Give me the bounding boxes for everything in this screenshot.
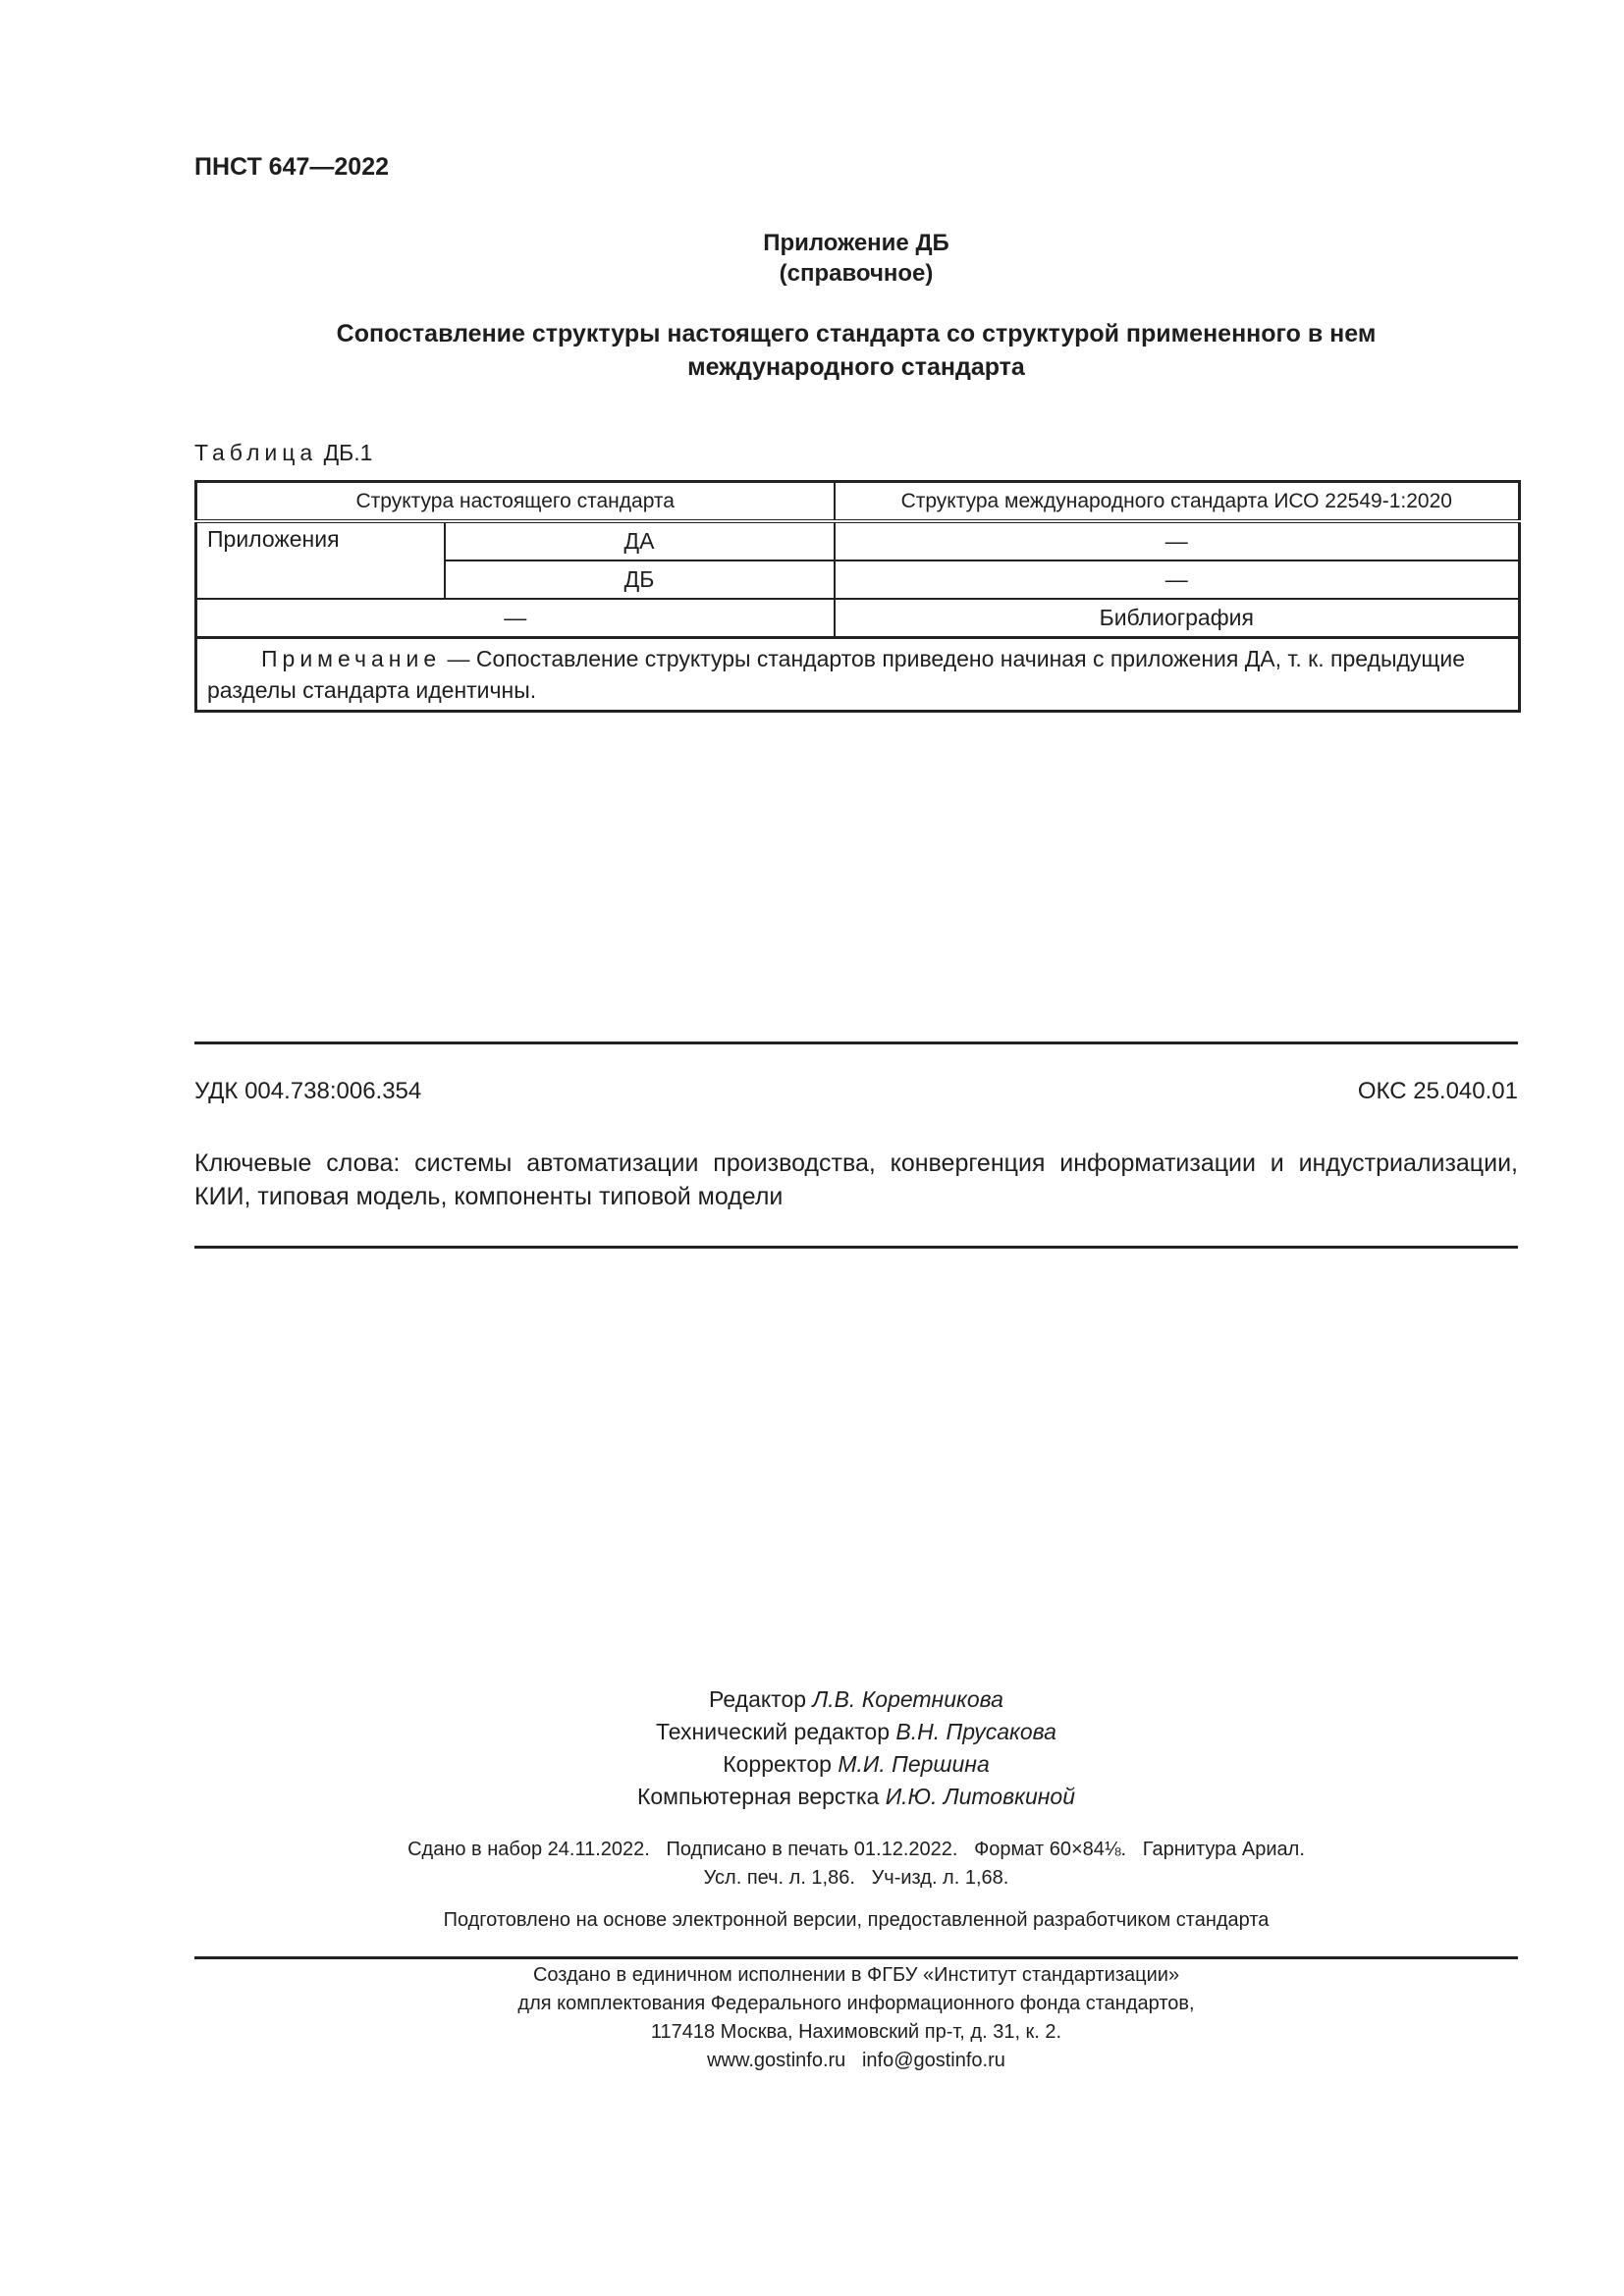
imprint-line-1: Сдано в набор 24.11.2022. Подписано в пе… [194,1836,1518,1864]
credit-name: М.И. Першина [838,1751,989,1777]
annex-heading: Сопоставление структуры настоящего станд… [194,317,1518,384]
imprint: Сдано в набор 24.11.2022. Подписано в пе… [194,1836,1518,1893]
table-caption-word: Таблица [194,440,317,465]
group-label: Приложения [196,521,445,599]
note-label: Примечание [261,646,441,671]
cell-international: — [835,521,1520,561]
table-caption-id: ДБ.1 [324,440,373,465]
cell-international: — [835,561,1520,599]
annex-heading-line-2: международного стандарта [194,350,1518,384]
cell-international: Библиография [835,599,1520,638]
credits: Редактор Л.В. Коретникова Технический ре… [194,1683,1518,1813]
document-code: ПНСТ 647—2022 [194,153,389,182]
cell-current: ДБ [445,561,835,599]
cell-current: — [196,599,835,638]
column-header-international: Структура международного стандарта ИСО 2… [835,482,1520,522]
credit-proofreader: Корректор М.И. Першина [194,1748,1518,1781]
udk-code: УДК 004.738:006.354 [194,1078,421,1105]
credit-editor: Редактор Л.В. Коретникова [194,1683,1518,1716]
table-row: Приложения ДА — [196,521,1520,561]
divider [194,1246,1518,1249]
imprint-line-2: Усл. печ. л. 1,86. Уч-изд. л. 1,68. [194,1864,1518,1893]
annex-title: Приложение ДБ [194,228,1518,258]
oks-code: ОКС 25.040.01 [1358,1078,1518,1105]
table-row: — Библиография [196,599,1520,638]
credit-name: В.Н. Прусакова [895,1719,1056,1744]
table-note: Примечание — Сопоставление структуры ста… [196,638,1520,712]
prepared-note: Подготовлено на основе электронной верси… [194,1909,1518,1932]
credit-role: Редактор [709,1686,806,1712]
created-info: Создано в единичном исполнении в ФГБУ «И… [194,1961,1518,2075]
divider [194,1041,1518,1044]
credit-role: Корректор [723,1751,832,1777]
column-header-current: Структура настоящего стандарта [196,482,835,522]
created-line-1: Создано в единичном исполнении в ФГБУ «И… [194,1961,1518,1990]
annex-subtitle: (справочное) [194,258,1518,289]
table-note-row: Примечание — Сопоставление структуры ста… [196,638,1520,712]
credit-role: Компьютерная верстка [637,1784,879,1809]
comparison-table: Структура настоящего стандарта Структура… [194,480,1521,713]
table-header-row: Структура настоящего стандарта Структура… [196,482,1520,522]
created-line-3: 117418 Москва, Нахимовский пр-т, д. 31, … [194,2018,1518,2047]
table-caption: Таблица ДБ.1 [194,440,372,466]
credit-role: Технический редактор [656,1719,890,1744]
cell-current: ДА [445,521,835,561]
created-line-4: www.gostinfo.ru info@gostinfo.ru [194,2047,1518,2075]
credit-name: Л.В. Коретникова [812,1686,1003,1712]
annex-heading-line-1: Сопоставление структуры настоящего станд… [194,317,1518,350]
credit-tech-editor: Технический редактор В.Н. Прусакова [194,1716,1518,1748]
credit-name: И.Ю. Литовкиной [886,1784,1075,1809]
annex-title-block: Приложение ДБ (справочное) [194,228,1518,289]
credit-layout: Компьютерная верстка И.Ю. Литовкиной [194,1781,1518,1813]
created-line-2: для комплектования Федерального информац… [194,1990,1518,2018]
keywords: Ключевые слова: системы автоматизации пр… [194,1147,1518,1213]
divider [194,1956,1518,1959]
